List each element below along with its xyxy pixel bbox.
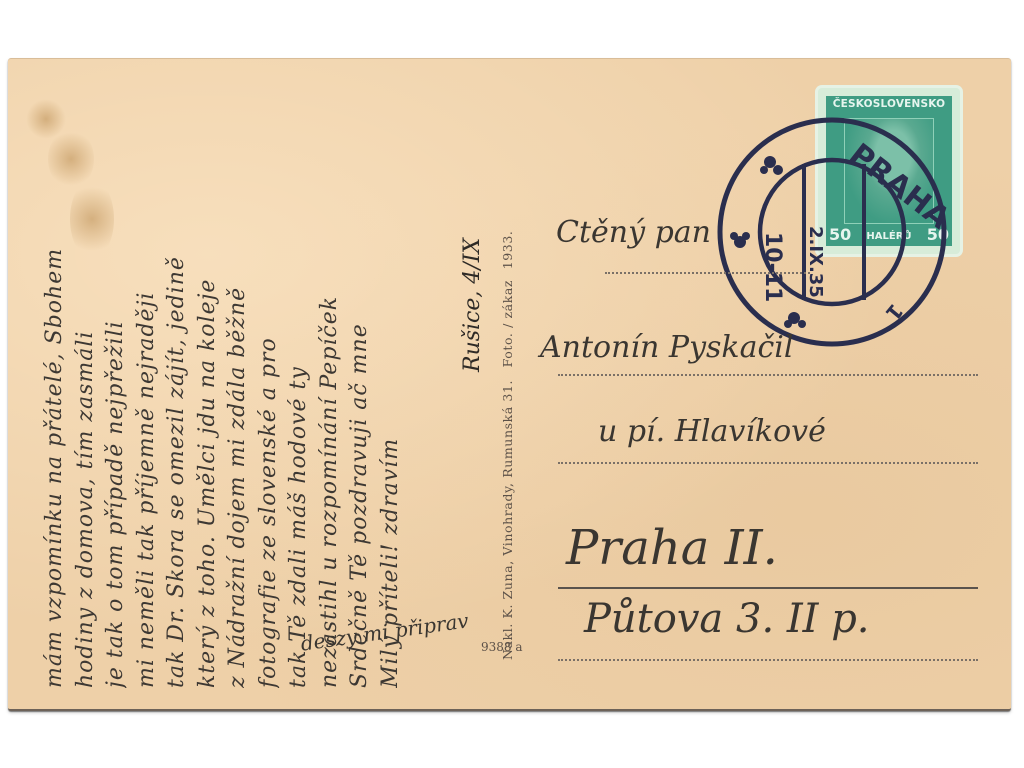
stamp-value: 50 <box>927 225 949 244</box>
stamp-portrait-icon <box>844 118 934 224</box>
message-line: hodiny z domova, tím zasmáli <box>71 78 102 688</box>
message-header: Rušice, 4/IX <box>460 238 485 372</box>
message-line: tak Dr. Skora se omezil zájít, jedině <box>162 78 193 688</box>
address-line-dotted <box>558 462 978 464</box>
message-line: mám vzpomínku na přátelé, Sbohem <box>40 78 71 688</box>
stamp-country: ČESKOSLOVENSKO <box>826 98 952 110</box>
stamp-design: ČESKOSLOVENSKO 50 HALÉRŮ 50 <box>826 96 952 246</box>
message-line: mi neměli tak příjemně nejraději <box>132 78 163 688</box>
message-line: tak Tě zdali máš hodové ty <box>284 78 315 688</box>
address-salutation: Ctěný pan <box>556 215 711 250</box>
address-line-dotted <box>605 272 810 274</box>
address-line-dotted <box>558 659 978 661</box>
address-care-of: u pí. Hlavíkové <box>598 414 826 449</box>
message-line: nezastihl u rozpomínání Pepíček <box>315 78 346 688</box>
message-line: fotografie ze slovenské a pro <box>254 78 285 688</box>
address-street: Půtova 3. II p. <box>584 596 870 642</box>
postage-stamp: ČESKOSLOVENSKO 50 HALÉRŮ 50 <box>818 88 960 254</box>
message-line: který z toho. Umělci jdu na koleje <box>193 78 224 688</box>
imprint-year: 1933. <box>500 231 515 270</box>
address-line-solid <box>558 587 978 589</box>
address-line-dotted <box>558 374 978 376</box>
message-line: Srdečně Tě pozdravuji ač mne <box>345 78 376 688</box>
publisher-text: Nakl. K. Zuna, Vinohrady, Rumunská 31. <box>500 380 515 660</box>
publisher-imprint: Nakl. K. Zuna, Vinohrady, Rumunská 31. F… <box>500 231 515 661</box>
message-line: z Nádražní dojem mi zdála běžně <box>223 78 254 688</box>
address-city: Praha II. <box>566 520 778 576</box>
message-line: Milý příteli! zdravím <box>376 78 407 688</box>
catalog-number: 9388 a <box>481 640 523 654</box>
address-name: Antonín Pyskačil <box>540 330 793 365</box>
message-line: je tak o tom případě nejpřežili <box>101 78 132 688</box>
handwritten-message: mám vzpomínku na přátelé, Sbohem hodiny … <box>40 78 406 688</box>
imprint-note: Foto. / zákaz <box>500 280 515 367</box>
